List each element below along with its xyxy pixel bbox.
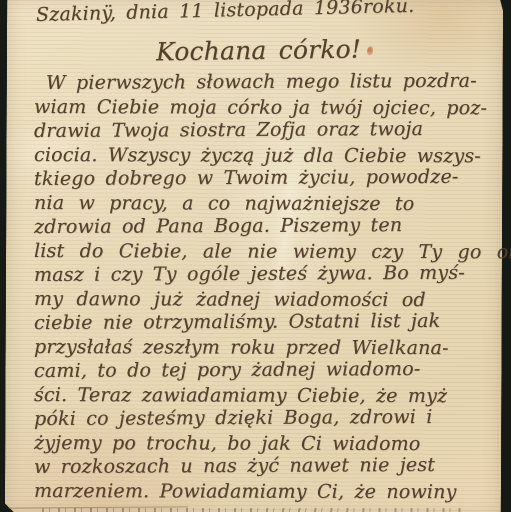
- letter-line: marzeniem. Powiadamiamy Ci, że nowiny: [34, 479, 497, 504]
- scanned-letter-frame: Szakinÿ, dnia 11 listopada 1936roku. Koc…: [0, 0, 511, 512]
- letter-line: masz i czy Ty ogóle jesteś żywa. Bo myś-: [34, 261, 497, 287]
- letter-line: W pierwszych słowach mego listu pozdra-: [46, 69, 497, 95]
- letter-salutation: Kochana córko!: [156, 33, 497, 67]
- cutoff-handwriting-line: [42, 508, 462, 512]
- letter-line: tkiego dobrego w Twoim życiu, powodze-: [34, 165, 497, 191]
- letter-dateline: Szakinÿ, dnia 11 listopada 1936roku.: [36, 0, 497, 26]
- letter-line: w rozkoszach u nas żyć nawet nie jest: [34, 453, 497, 479]
- letter-content: Szakinÿ, dnia 11 listopada 1936roku. Koc…: [10, 4, 497, 512]
- letter-line: ciebie nie otrzymaliśmy. Ostatni list ja…: [34, 309, 497, 335]
- ink-stain: [367, 46, 373, 55]
- letter-line: zdrowia od Pana Boga. Piszemy ten: [34, 213, 497, 239]
- letter-line: drawia Twoja siostra Zofja oraz twoja: [34, 117, 497, 143]
- letter-line: póki co jesteśmy dzięki Boga, zdrowi i: [34, 405, 497, 431]
- letter-line: cami, to do tej pory żadnej wiadomo-: [34, 357, 497, 383]
- letter-body: W pierwszych słowach mego listu pozdra- …: [10, 71, 497, 503]
- salutation-text: Kochana córko!: [156, 35, 361, 67]
